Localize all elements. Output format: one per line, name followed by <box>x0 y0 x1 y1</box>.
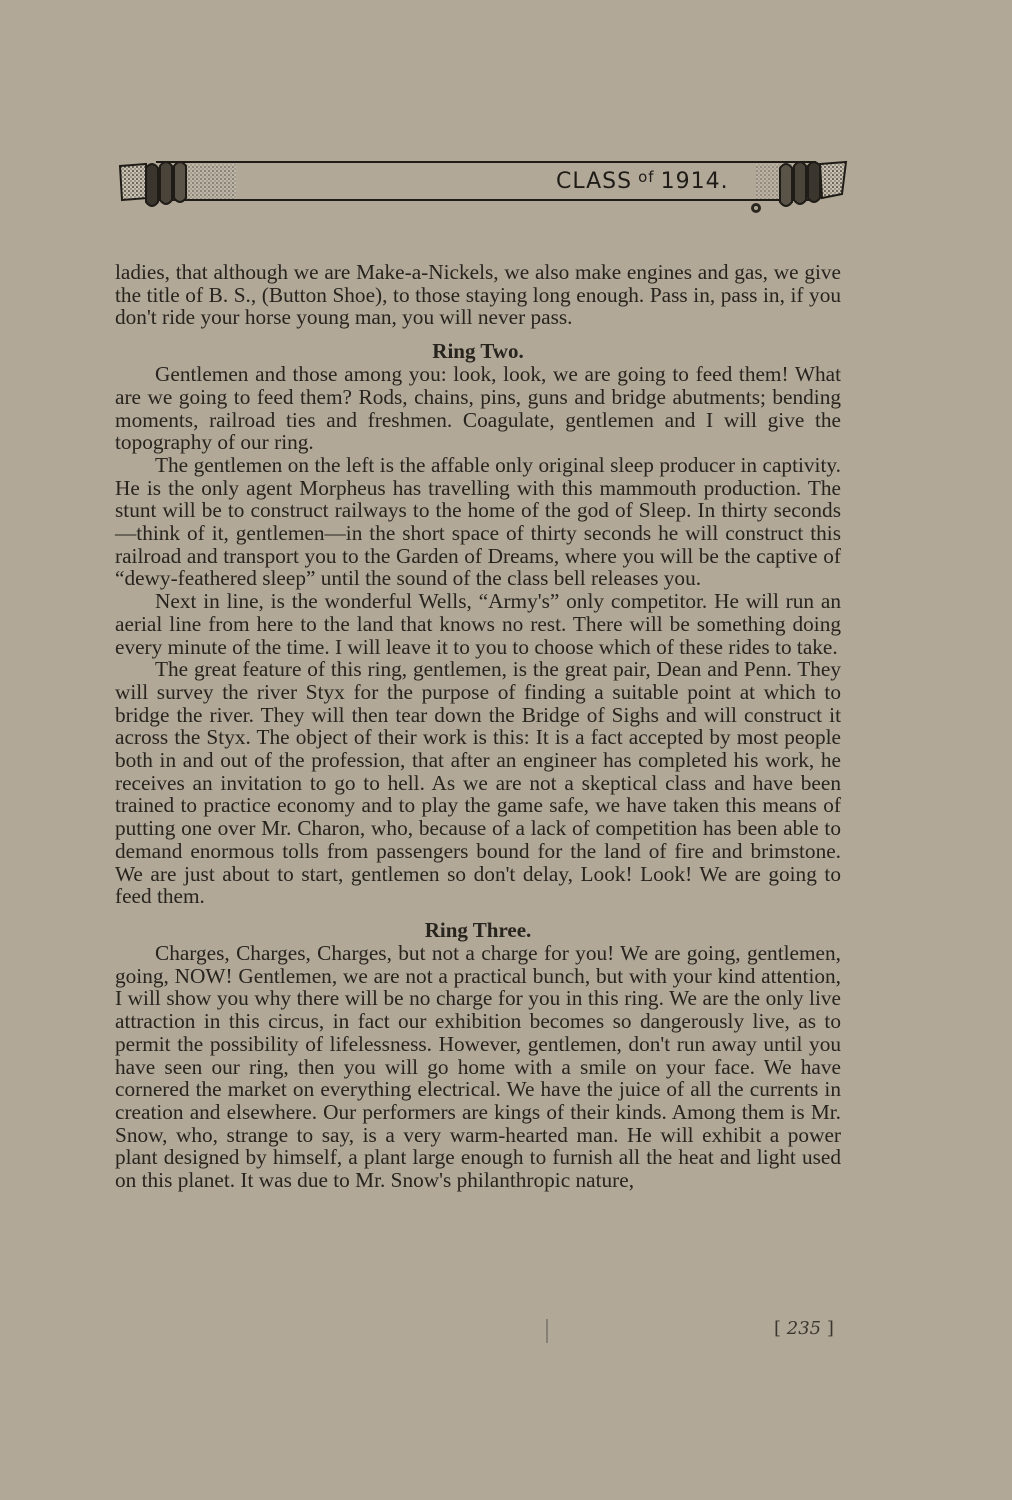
ring-two-paragraph-1: Gentlemen and those among you: look, loo… <box>115 363 841 454</box>
banner-title: CLASSof1914. <box>556 168 729 194</box>
page-body: ladies, that although we are Make-a-Nick… <box>115 261 841 1192</box>
ring-two-paragraph-3: Next in line, is the wonderful Wells, “A… <box>115 590 841 658</box>
page-number: [ 235 ] <box>774 1318 834 1339</box>
printer-mark <box>546 1319 562 1343</box>
ring-three-heading: Ring Three. <box>115 918 841 942</box>
ring-two-paragraph-4: The great feature of this ring, gentleme… <box>115 658 841 908</box>
page-number-value: 235 <box>787 1318 821 1339</box>
page-bracket-open: [ <box>774 1318 781 1339</box>
banner-title-class: CLASS <box>556 169 632 194</box>
scroll-ornament-icon <box>116 158 850 218</box>
page-bracket-close: ] <box>827 1318 834 1339</box>
ring-two-heading: Ring Two. <box>115 339 841 363</box>
class-of-1914-banner: CLASSof1914. <box>116 158 850 218</box>
banner-title-year: 1914. <box>661 169 729 194</box>
ring-three-paragraph-1: Charges, Charges, Charges, but not a cha… <box>115 942 841 1192</box>
intro-paragraph: ladies, that although we are Make-a-Nick… <box>115 261 841 329</box>
ring-two-paragraph-2: The gentlemen on the left is the affable… <box>115 454 841 590</box>
banner-title-of: of <box>638 168 654 186</box>
